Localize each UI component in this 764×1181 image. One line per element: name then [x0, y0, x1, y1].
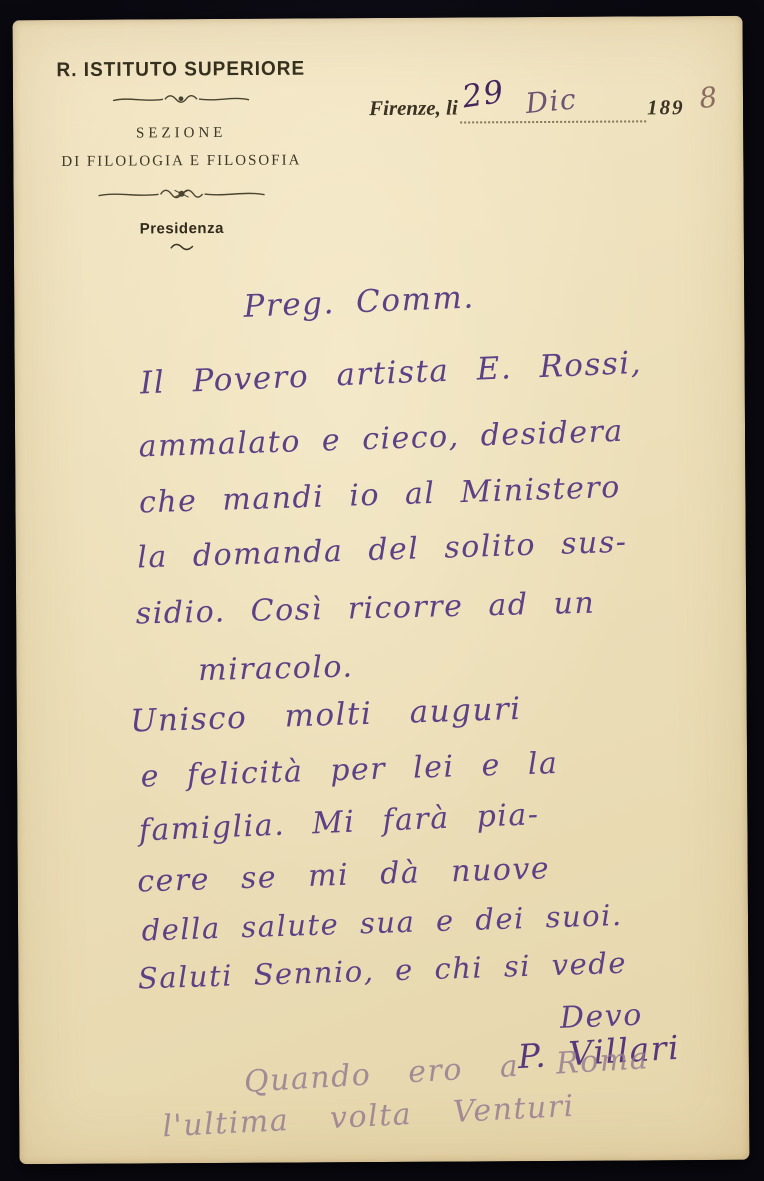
letter-line: Unisco molti auguri	[130, 691, 522, 740]
letter-line: sidio. Così ricorre ad un	[135, 586, 595, 632]
dateline-year-printed: 189	[647, 95, 685, 120]
letter-line: della salute sua e dei suoi.	[141, 898, 623, 948]
letter-line: che mandi io al Ministero	[138, 470, 621, 521]
letter-salutation: Preg. Comm.	[243, 279, 475, 324]
letter-paper: R. ISTITUTO SUPERIORE SEZIONE DI FILOLOG…	[13, 16, 750, 1164]
letter-line: ammalato e cieco, desidera	[138, 414, 624, 465]
dateline-month-handwritten: Dic	[524, 82, 578, 120]
letter-line: Saluti Sennio, e chi si vede	[137, 946, 627, 996]
postscript-line: Quando ero a Roma	[243, 1041, 650, 1100]
photo-background: R. ISTITUTO SUPERIORE SEZIONE DI FILOLOG…	[0, 0, 764, 1181]
flourish-divider-fancy-icon	[48, 184, 316, 204]
letterhead-office: Presidenza	[48, 219, 316, 238]
letterhead-section: SEZIONE	[47, 124, 315, 143]
tilde-squiggle-icon	[48, 237, 316, 257]
dateline-place-printed: Firenze, li	[369, 96, 458, 122]
postscript-line: l'ultima volta Venturi	[162, 1089, 576, 1144]
letter-line: famiglia. Mi farà pia-	[138, 797, 540, 848]
flourish-divider-icon	[47, 89, 315, 109]
letter-line: cere se mi dà nuove	[137, 851, 551, 899]
dateline-day-handwritten: 29	[460, 74, 507, 116]
dateline-year-digit-handwritten: 8	[697, 80, 720, 115]
letter-line: e felicità per lei e la	[140, 746, 559, 794]
letter-line: la domanda del solito sus-	[137, 525, 628, 576]
letterhead-institution: R. ISTITUTO SUPERIORE	[47, 58, 315, 83]
letterhead: R. ISTITUTO SUPERIORE SEZIONE DI FILOLOG…	[47, 58, 316, 257]
letter-line: Il Povero artista E. Rossi,	[139, 345, 642, 402]
letterhead-subsection: DI FILOLOGIA E FILOSOFIA	[47, 152, 315, 171]
letter-line: miracolo.	[198, 649, 354, 688]
